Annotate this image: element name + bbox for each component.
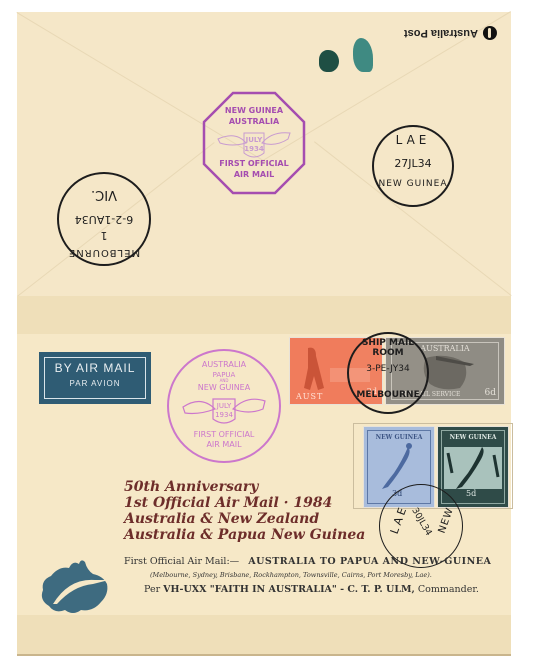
postmark-office: SHIP MAIL ROOM (349, 338, 427, 358)
commander-label: Commander. (418, 584, 479, 595)
flight-stops: (Melbourne, Sydney, Brisbane, Rockhampto… (150, 571, 432, 579)
anniversary-line: Australia & New Zealand (124, 511, 365, 527)
postmark-town: MELBOURNE (349, 390, 427, 400)
envelope-back: Australia Post NEW GUINEA AUSTRALIA JULY… (17, 12, 511, 296)
postmark-date: 6-2-1AU34 (59, 213, 149, 226)
postmark-region: NEW (437, 506, 456, 535)
australia-post-icon (483, 26, 497, 40)
cachet-date: 1934 (169, 410, 279, 420)
flight-route: AUSTRALIA TO PAPUA AND NEW-GUINEA (248, 556, 491, 567)
postmark-region: NEW GUINEA (374, 179, 452, 189)
envelope-front: BY AIR MAIL PAR AVION AUSTRALIA PAPUA AN… (17, 334, 511, 615)
anniversary-line: 50th Anniversary (124, 479, 365, 495)
cachet-date: 1934 (202, 144, 306, 154)
lae-postmark: LAE 27JL34 NEW GUINEA (372, 125, 454, 207)
australia-map-icon (33, 556, 113, 616)
postmark-town: MELBOURNE (59, 247, 149, 258)
postmark-date: 27JL34 (374, 157, 452, 170)
per-label: Per (144, 584, 160, 595)
cachet-line: AUSTRALIA (202, 117, 306, 127)
postmark-state: VIC. (59, 187, 149, 202)
round-cachet: AUSTRALIA PAPUA AND NEW GUINEA JULY 1934… (167, 349, 281, 463)
card-stack-edge (17, 640, 511, 656)
anniversary-line: 1st Official Air Mail · 1984 (124, 495, 365, 511)
airmail-label-text: BY AIR MAIL (39, 361, 151, 375)
cachet-line: AIR MAIL (169, 440, 279, 450)
postmark-town: LAE (374, 133, 452, 147)
stamp-value: 5d (466, 489, 476, 498)
flight-info-line3: Per VH-UXX "FAITH IN AUSTRALIA" - C. T. … (144, 584, 479, 595)
postmark-date: 30JL34 (409, 506, 433, 537)
flight-info-prefix: First Official Air Mail:— (124, 556, 239, 567)
postmark-number: 1 (59, 229, 149, 242)
ship-mail-room-postmark: SHIP MAIL ROOM 3-PE-JY34 MELBOURNE (347, 332, 429, 414)
anniversary-text: 50th Anniversary 1st Official Air Mail ·… (124, 479, 365, 543)
airmail-label: BY AIR MAIL PAR AVION (39, 352, 151, 404)
stamp-label: AUST (296, 392, 323, 401)
anniversary-line: Australia & Papua New Guinea (124, 527, 365, 543)
australia-post-logo: Australia Post (404, 26, 497, 40)
cachet-line: AIR MAIL (202, 170, 306, 180)
card-stack-edge (17, 310, 511, 328)
card-stack-edge (17, 615, 511, 631)
ink-stain (319, 50, 339, 72)
cachet-line: FIRST OFFICIAL (169, 430, 279, 440)
postmark-town: LAE (388, 503, 410, 536)
octagon-cachet: NEW GUINEA AUSTRALIA JULY 1934 FIRST OFF… (202, 91, 306, 195)
logo-text: Australia Post (404, 27, 478, 39)
cachet-line: NEW GUINEA (169, 383, 279, 393)
flight-info-line1: First Official Air Mail:— AUSTRALIA TO P… (124, 556, 491, 567)
aircraft-name: VH-UXX "FAITH IN AUSTRALIA" - C. T. P. U… (163, 584, 415, 595)
stamp-value: 6d (485, 388, 497, 398)
cachet-line: AUSTRALIA (169, 360, 279, 370)
cachet-line: FIRST OFFICIAL (202, 159, 306, 169)
melbourne-postmark: MELBOURNE 1 6-2-1AU34 VIC. (57, 172, 151, 266)
airmail-label-subtext: PAR AVION (39, 379, 151, 388)
cachet-line: NEW GUINEA (202, 106, 306, 116)
card-stack-edge (17, 296, 511, 311)
postmark-date: 3-PE-JY34 (349, 364, 427, 374)
ink-stain (353, 38, 373, 72)
